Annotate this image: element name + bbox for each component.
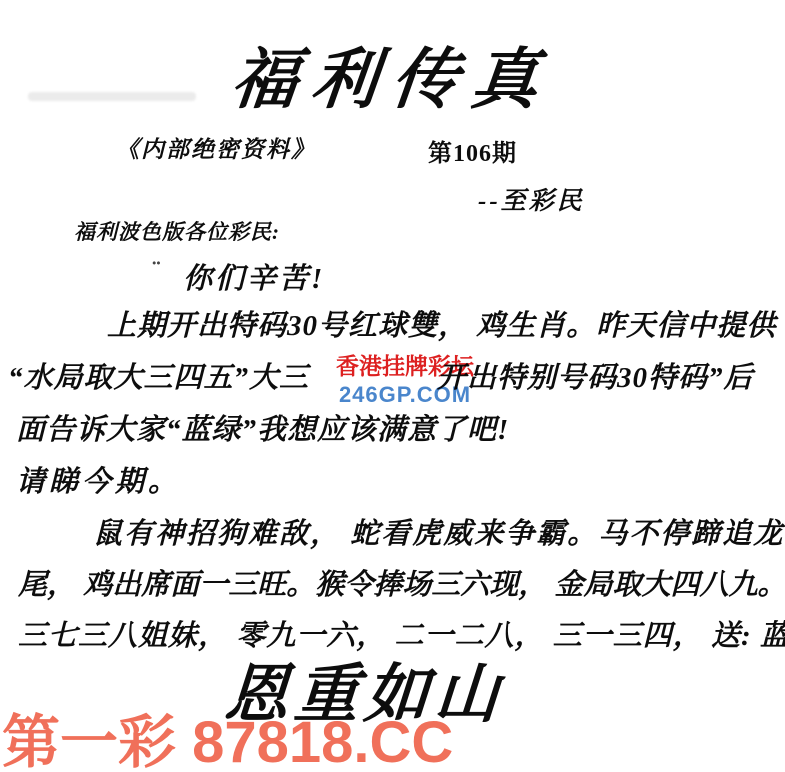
fax-document: 福利传真 《内部绝密资料》 第106期 --至彩民 福利波色版各位彩民: ¨ 你… [0,0,785,772]
paragraph1-line2-right: 开出特别号码30特码”后 [437,355,754,396]
dedication-line: --至彩民 [478,181,585,217]
site-watermark: 香港挂牌彩坛 246GP.COM [330,352,480,408]
salutation-line: 福利波色版各位彩民: [74,216,280,246]
paragraph2-line2: 尾， 鸡出席面一三旺。猴令捧场三六现， 金局取大四八九。 [18,562,785,603]
watermark-site-name: 香港挂牌彩坛 [330,352,480,381]
paragraph1-line2-left: “水局取大三四五”大三 [8,355,309,396]
paragraph1-line1: 上期开出特码30号红球雙， 鸡生肖。昨天信中提供 [107,303,776,344]
scan-smudge-artifact [28,92,196,101]
brand-site-banner: 第一彩 87818.CC [2,695,453,772]
paragraph1-line4: 请睇今期。 [16,459,181,500]
issue-number: 第106期 [428,133,517,168]
stray-dots-artifact: ¨ [152,256,161,286]
greeting-line: 你们辛苦! [183,256,325,297]
paragraph1-line3: 面告诉大家“蓝绿”我想应该满意了吧! [16,407,509,448]
classification-label: 《内部绝密资料》 [116,131,316,164]
watermark-site-url: 246GP.COM [330,381,480,409]
paragraph2-line1: 鼠有神招狗难敌， 蛇看虎威来争霸。马不停蹄追龙 [93,511,784,552]
document-title: 福利传真 [0,26,785,121]
